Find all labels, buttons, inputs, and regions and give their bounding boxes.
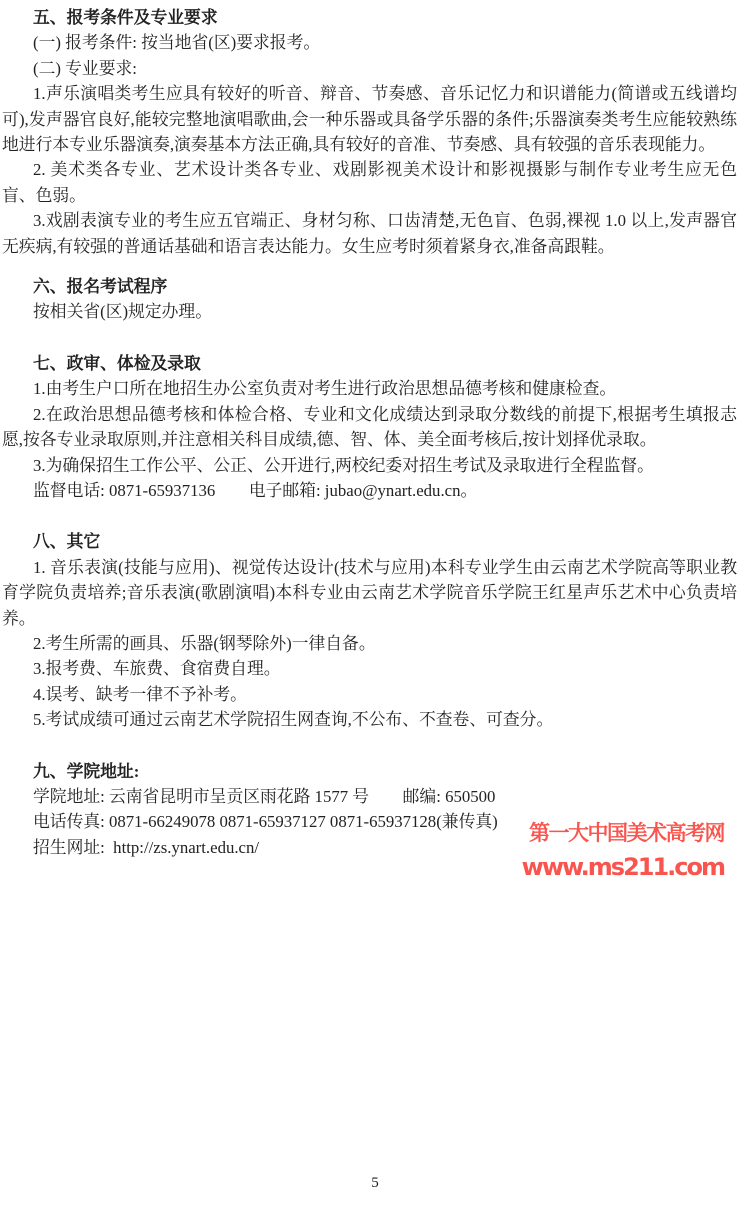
paragraph: 1.由考生户口所在地招生办公室负责对考生进行政治思想品德考核和健康检查。 <box>2 376 737 401</box>
paragraph: 5.考试成绩可通过云南艺术学院招生网查询,不公布、不查卷、可查分。 <box>2 707 737 732</box>
section-registration-exam-procedure: 六、报名考试程序 按相关省(区)规定办理。 <box>2 274 737 325</box>
section-heading: 五、报考条件及专业要求 <box>2 5 737 30</box>
paragraph: 1.声乐演唱类考生应具有较好的听音、辩音、节奏感、音乐记忆力和识谱能力(简谱或五… <box>2 81 737 157</box>
supervision-contact-line: 监督电话: 0871-65937136 电子邮箱: jubao@ynart.ed… <box>2 478 737 503</box>
page-number: 5 <box>0 1173 750 1193</box>
section-heading: 九、学院地址: <box>2 759 737 784</box>
document-body: 五、报考条件及专业要求 (一) 报考条件: 按当地省(区)要求报考。 (二) 专… <box>2 5 737 860</box>
paragraph: 2.在政治思想品德考核和体检合格、专业和文化成绩达到录取分数线的前提下,根据考生… <box>2 402 737 453</box>
paragraph: 按相关省(区)规定办理。 <box>2 299 737 324</box>
paragraph: 2.考生所需的画具、乐器(钢琴除外)一律自备。 <box>2 631 737 656</box>
section-heading: 六、报名考试程序 <box>2 274 737 299</box>
paragraph: 4.误考、缺考一律不予补考。 <box>2 682 737 707</box>
admissions-website-line: 招生网址: http://zs.ynart.edu.cn/ <box>2 835 737 860</box>
section-heading: 八、其它 <box>2 529 737 554</box>
document-page: 五、报考条件及专业要求 (一) 报考条件: 按当地省(区)要求报考。 (二) 专… <box>0 0 750 1208</box>
paragraph: (二) 专业要求: <box>2 56 737 81</box>
section-heading: 七、政审、体检及录取 <box>2 351 737 376</box>
section-college-address: 九、学院地址: 学院地址: 云南省昆明市呈贡区雨花路 1577 号 邮编: 65… <box>2 759 737 861</box>
paragraph: (一) 报考条件: 按当地省(区)要求报考。 <box>2 30 737 55</box>
paragraph: 3.报考费、车旅费、食宿费自理。 <box>2 656 737 681</box>
college-address-line: 学院地址: 云南省昆明市呈贡区雨花路 1577 号 邮编: 650500 <box>2 784 737 809</box>
paragraph: 1. 音乐表演(技能与应用)、视觉传达设计(技术与应用)本科专业学生由云南艺术学… <box>2 555 737 631</box>
phone-fax-line: 电话传真: 0871-66249078 0871-65937127 0871-6… <box>2 809 737 834</box>
section-application-requirements: 五、报考条件及专业要求 (一) 报考条件: 按当地省(区)要求报考。 (二) 专… <box>2 5 737 259</box>
paragraph: 2. 美术类各专业、艺术设计类各专业、戏剧影视美术设计和影视摄影与制作专业考生应… <box>2 157 737 208</box>
paragraph: 3.戏剧表演专业的考生应五官端正、身材匀称、口齿清楚,无色盲、色弱,裸视 1.0… <box>2 208 737 259</box>
paragraph: 3.为确保招生工作公平、公正、公开进行,两校纪委对招生考试及录取进行全程监督。 <box>2 453 737 478</box>
section-review-physical-admission: 七、政审、体检及录取 1.由考生户口所在地招生办公室负责对考生进行政治思想品德考… <box>2 351 737 503</box>
section-other: 八、其它 1. 音乐表演(技能与应用)、视觉传达设计(技术与应用)本科专业学生由… <box>2 529 737 732</box>
